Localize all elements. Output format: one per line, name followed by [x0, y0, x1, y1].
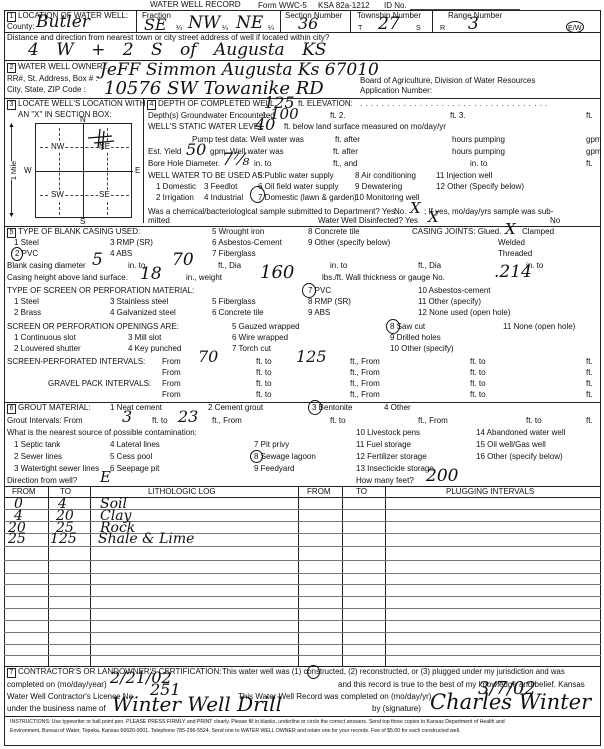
signature-label: by (signature): [372, 704, 421, 714]
contamination-option[interactable]: 11 Fuel storage: [356, 440, 411, 450]
contamination-option-selected[interactable]: 8 Sewage lagoon: [254, 452, 316, 462]
ft-to: ft. to: [256, 390, 272, 400]
screen-option[interactable]: 4 Galvanized steel: [110, 308, 176, 318]
screen-intervals-label: SCREEN-PERFORATED INTERVALS:: [7, 357, 145, 367]
fraction-2-value[interactable]: NW: [188, 13, 220, 33]
township-s: S: [416, 23, 421, 32]
bore-in-to-2: in. to: [470, 159, 487, 169]
ft: ft.: [586, 357, 593, 367]
grout-intervals-label: Grout Intervals: From: [7, 416, 83, 426]
ft-from: ft., From: [350, 357, 380, 367]
weight-suffix: lbs./ft. Wall thickness or gauge No.: [322, 273, 445, 283]
hours-pumping: hours pumping: [452, 135, 505, 145]
disinfected-no[interactable]: No: [550, 216, 560, 226]
instructions-line-1: INSTRUCTIONS: Use typewriter or ball poi…: [10, 719, 505, 726]
business-label: under the business name of: [7, 704, 106, 714]
use-label: WELL WATER TO BE USED AS:: [148, 171, 265, 181]
business-value[interactable]: Winter Well Drill: [112, 692, 282, 716]
grout-from-value[interactable]: 3: [122, 407, 132, 426]
casing-option[interactable]: 3 RMP (SR): [110, 238, 153, 248]
section3-label: 3LOCATE WELL'S LOCATION WITH: [7, 99, 145, 110]
weight-value[interactable]: 160: [260, 262, 294, 283]
joints-glued-mark[interactable]: X: [505, 220, 516, 238]
opening-option[interactable]: 9 Drilled holes: [390, 333, 441, 343]
bore-in-to: in. to: [254, 159, 271, 169]
yield-value[interactable]: 50: [186, 140, 206, 159]
opening-option[interactable]: 10 Other (specify): [390, 344, 454, 354]
contamination-selected-circle: [250, 450, 263, 463]
ft: ft.: [586, 379, 593, 389]
ft-to: ft. to: [256, 368, 272, 378]
bore-ft-and: ft., and: [333, 159, 357, 169]
casing-selected-circle: [11, 247, 23, 261]
ft-from: ft., From: [350, 379, 380, 389]
from-label: From: [162, 357, 181, 367]
opening-option[interactable]: 1 Continuous slot: [14, 333, 76, 343]
grout-selected-circle: [308, 400, 322, 415]
opening-option[interactable]: 4 Key punched: [128, 344, 181, 354]
diameter-ft-dia: ft., Dia: [418, 261, 441, 271]
screen-option[interactable]: 2 Brass: [14, 308, 41, 318]
signature-value[interactable]: Charles Winter: [430, 690, 591, 714]
casing-option[interactable]: 9 Other (specify below): [308, 238, 390, 248]
gravel-intervals-label: GRAVEL PACK INTERVALS:: [48, 379, 151, 389]
diameter-in-to: in. to: [330, 261, 347, 271]
from-label: From: [162, 368, 181, 378]
contamination-option[interactable]: 3 Watertight sewer lines: [14, 464, 99, 474]
opening-option[interactable]: 5 Gauzed wrapped: [232, 322, 300, 332]
direction-label: Direction from well?: [7, 476, 77, 486]
how-many-label: How many feet?: [356, 476, 414, 486]
grout-option[interactable]: 4 Other: [384, 403, 411, 413]
use-option[interactable]: 11 Injection well: [436, 171, 492, 181]
nw-label: NW: [50, 142, 65, 152]
opening-option[interactable]: 3 Mill slot: [128, 333, 161, 343]
section3-sublabel: AN "X" IN SECTION BOX:: [18, 110, 112, 120]
cert-selected-circle: [307, 665, 320, 679]
gpm: gpm: [586, 135, 602, 145]
range-e-circle: [566, 21, 584, 33]
log-description[interactable]: Shale & Lime: [98, 531, 194, 547]
west-label: W: [24, 166, 32, 176]
contamination-option[interactable]: 14 Abandoned water well: [476, 428, 565, 438]
contamination-option[interactable]: 4 Lateral lines: [110, 440, 160, 450]
log-to[interactable]: 125: [50, 531, 77, 547]
ft-to: ft. to: [330, 416, 346, 426]
height-in-weight: in., weight: [186, 273, 222, 283]
opening-option[interactable]: 11 None (open hole): [503, 322, 575, 332]
ft-after: ft. after: [335, 135, 360, 145]
grout-to-value[interactable]: 23: [178, 407, 198, 426]
contamination-option[interactable]: 15 Oil well/Gas well: [476, 440, 546, 450]
grout-option[interactable]: 2 Cement grout: [208, 403, 263, 413]
arrow-up-icon: ▲: [8, 122, 15, 129]
form-frame: [4, 10, 601, 746]
section-number-value[interactable]: 36: [298, 14, 318, 33]
north-label: N: [80, 115, 86, 125]
fraction-3-value[interactable]: NE: [236, 13, 263, 33]
use-option-selected[interactable]: 7 Domestic (lawn & garden): [258, 193, 357, 203]
static-level-label: WELL'S STATIC WATER LEVEL: [148, 122, 263, 132]
ft-to: ft. to: [470, 379, 486, 389]
screen-option[interactable]: 6 Concrete tile: [212, 308, 264, 318]
joints-label: CASING JOINTS: Glued.: [412, 227, 501, 237]
use-option[interactable]: 9 Dewatering: [355, 182, 402, 192]
contamination-option[interactable]: 9 Feedyard: [254, 464, 294, 474]
joints-threaded[interactable]: Threaded: [498, 249, 532, 259]
ft-to: ft. to: [470, 368, 486, 378]
disinfected-label: Water Well Disinfected? Yes: [318, 216, 418, 226]
quarter-mark: ¼: [222, 23, 228, 32]
col-header-plug-from: FROM: [307, 487, 331, 497]
joints-clamped[interactable]: Clamped: [522, 227, 554, 237]
ft: ft.: [586, 390, 593, 400]
static-level-value[interactable]: 40: [255, 115, 275, 134]
log-from[interactable]: 25: [8, 531, 26, 547]
screen-option[interactable]: 5 Fiberglass: [212, 297, 256, 307]
contamination-option[interactable]: 5 Cess pool: [110, 452, 152, 462]
ft-to: ft. to: [470, 390, 486, 400]
screen-option[interactable]: 3 Stainless steel: [110, 297, 168, 307]
gw-ft: ft.: [586, 111, 593, 121]
contamination-option[interactable]: 1 Septic tank: [14, 440, 60, 450]
col-header-plug-to: TO: [356, 487, 367, 497]
screen-label: TYPE OF SCREEN OR PERFORATION MATERIAL:: [7, 286, 194, 296]
mile-label: 1 Mile: [9, 161, 18, 180]
elevation-label: ft. ELEVATION:: [298, 99, 353, 109]
opening-option[interactable]: 2 Louvered shutter: [14, 344, 81, 354]
quarter-mark: ¼: [176, 23, 182, 32]
completed-label: completed on (mo/day/year): [7, 680, 107, 690]
from-label: From: [162, 379, 181, 389]
bore-value[interactable]: 7⅞: [222, 150, 249, 170]
contamination-option[interactable]: 6 Seepage pit: [110, 464, 159, 474]
ft-from: ft., From: [212, 416, 242, 426]
casing-option[interactable]: 6 Asbestos-Cement: [212, 238, 282, 248]
gw-3-label: ft. 3.: [450, 111, 466, 121]
contamination-label: What is the nearest source of possible c…: [7, 428, 197, 438]
use-selected-circle: [250, 186, 265, 203]
screen-option[interactable]: 1 Steel: [14, 297, 39, 307]
hours-pumping: hours pumping: [452, 147, 505, 157]
screen-option[interactable]: 12 None used (open hole): [418, 308, 511, 318]
county-label: County:: [7, 22, 35, 32]
ft: ft.: [586, 368, 593, 378]
grout-label: 6GROUT MATERIAL:: [7, 403, 91, 414]
col-header-plugging-intervals: PLUGGING INTERVALS: [446, 487, 534, 497]
ft-to: ft. to: [256, 357, 272, 367]
openings-label: SCREEN OR PERFORATION OPENINGS ARE:: [7, 322, 179, 332]
use-option[interactable]: 1 Domestic: [156, 182, 196, 192]
quarter-mark: ¼: [268, 23, 274, 32]
address-label: RR#, St. Address, Box # :: [7, 74, 98, 84]
ft-after: ft. after: [333, 147, 358, 157]
se-label: SE: [98, 190, 111, 200]
application-label: Application Number:: [360, 86, 432, 96]
diameter-value[interactable]: 5: [92, 250, 103, 270]
county-value[interactable]: Butler: [36, 12, 90, 32]
casing-option[interactable]: 4 ABS: [110, 249, 132, 259]
casing-option[interactable]: 7 Fiberglass: [212, 249, 256, 259]
diameter-to-value[interactable]: 70: [172, 250, 194, 270]
distance-value[interactable]: 4 W + 2 S of Augusta KS: [28, 40, 326, 60]
bore-ft: ft.: [586, 159, 593, 169]
gpm: gpm: [586, 147, 602, 157]
range-r: R: [440, 23, 445, 32]
screen-to-value[interactable]: 125: [296, 347, 327, 366]
x-mark-icon: [86, 128, 116, 152]
pump-test-label: Pump test data: Well water was: [192, 135, 304, 145]
static-suffix: ft. below land surface measured on mo/da…: [284, 122, 446, 132]
use-option[interactable]: 4 Industrial: [204, 193, 243, 203]
township-value[interactable]: 27: [378, 14, 400, 34]
height-label: Casing height above land surface.: [7, 273, 128, 283]
chem-suffix-2: mitted: [148, 216, 170, 226]
sw-label: SW: [50, 190, 65, 200]
disinfected-yes-mark[interactable]: X: [428, 208, 439, 226]
owner-value[interactable]: JeFF Simmon Augusta Ks 67010: [100, 60, 379, 80]
chem-no-mark[interactable]: X: [410, 199, 421, 217]
from-label: From: [162, 390, 181, 400]
chem-suffix: ; If yes, mo/day/yrs sample was sub-: [424, 207, 553, 217]
depth-label: 4DEPTH OF COMPLETED WELL.: [147, 99, 277, 110]
board-label: Board of Agriculture, Division of Water …: [360, 76, 535, 86]
use-option[interactable]: 8 Air conditioning: [355, 171, 416, 181]
screen-option[interactable]: 8 RMP (SR): [308, 297, 351, 307]
col-header-lithologic-log: LITHOLOGIC LOG: [148, 487, 216, 497]
east-label: E: [135, 166, 140, 176]
section-box[interactable]: NW NE SW SE: [35, 123, 132, 218]
ft-from: ft., From: [350, 390, 380, 400]
ft-from: ft., From: [350, 368, 380, 378]
contamination-option[interactable]: 7 Pit privy: [254, 440, 289, 450]
ft-to: ft. to: [256, 379, 272, 389]
casing-label: 5TYPE OF BLANK CASING USED:: [7, 227, 140, 238]
opening-option[interactable]: 6 Wire wrapped: [232, 333, 288, 343]
true-text: and this record is true to the best of m…: [338, 680, 585, 690]
diameter-ft-dia: ft., Dia: [218, 261, 241, 271]
ft-to: ft. to: [152, 416, 168, 426]
elevation-field[interactable]: . . . . . . . . . . . . . . . . . . . . …: [360, 99, 548, 109]
use-option[interactable]: 2 Irrigation: [156, 193, 194, 203]
screen-option[interactable]: 10 Asbestos-cement: [418, 286, 490, 296]
form-title: WATER WELL RECORD: [150, 0, 241, 10]
gw-2-label: ft. 2.: [330, 111, 346, 121]
use-option[interactable]: 12 Other (Specify below): [436, 182, 524, 192]
screen-option[interactable]: 11 Other (specify): [418, 297, 481, 307]
owner-label: 2WATER WELL OWNER :: [7, 62, 107, 73]
range-value[interactable]: 3: [468, 14, 479, 34]
casing-option[interactable]: 8 Concrete tile: [308, 227, 360, 237]
bore-label: Bore Hole Diameter.: [148, 159, 220, 169]
how-many-value[interactable]: 200: [426, 466, 458, 486]
contamination-option[interactable]: 2 Sewer lines: [14, 452, 62, 462]
diameter-label: Blank casing diameter: [7, 261, 86, 271]
gauge-value[interactable]: .214: [494, 262, 532, 282]
fraction-1-value[interactable]: SE: [144, 15, 167, 34]
instructions-line-2: Environment, Bureau of Water, Topeka, Ka…: [10, 728, 460, 735]
screen-selected-circle: [302, 283, 316, 298]
use-option[interactable]: 5 Public water supply: [258, 171, 334, 181]
certification-text: This water well was (1) constructed, (2)…: [222, 667, 565, 677]
contamination-option[interactable]: 12 Fertilizer storage: [356, 452, 427, 462]
township-t: T: [358, 23, 362, 32]
ft-from: ft., From: [418, 416, 448, 426]
height-value[interactable]: 18: [140, 264, 162, 284]
contamination-option[interactable]: 16 Other (specify below): [476, 452, 563, 462]
yield-label: Est. Yield: [148, 147, 181, 157]
contamination-option[interactable]: 10 Livestock pens: [356, 428, 420, 438]
casing-option[interactable]: 5 Wrought iron: [212, 227, 264, 237]
direction-value[interactable]: E: [100, 468, 111, 486]
opening-selected-circle: [386, 319, 400, 334]
opening-option[interactable]: 7 Torch cut: [232, 344, 271, 354]
ft-to: ft. to: [470, 357, 486, 367]
grout-option[interactable]: 1 Neat cement: [110, 403, 162, 413]
ft: ft.: [586, 416, 593, 426]
arrow-down-icon: ▼: [8, 212, 15, 219]
joints-welded[interactable]: Welded: [498, 238, 525, 248]
screen-option[interactable]: 9 ABS: [308, 308, 330, 318]
screen-from-value[interactable]: 70: [198, 347, 218, 366]
use-option[interactable]: 3 Feedlot: [204, 182, 237, 192]
use-option[interactable]: 6 Oil field water supply: [258, 182, 338, 192]
ft-to: ft. to: [526, 416, 542, 426]
contamination-option[interactable]: 13 Insecticide storage: [356, 464, 434, 474]
city-label: City, State, ZIP Code :: [7, 85, 86, 95]
